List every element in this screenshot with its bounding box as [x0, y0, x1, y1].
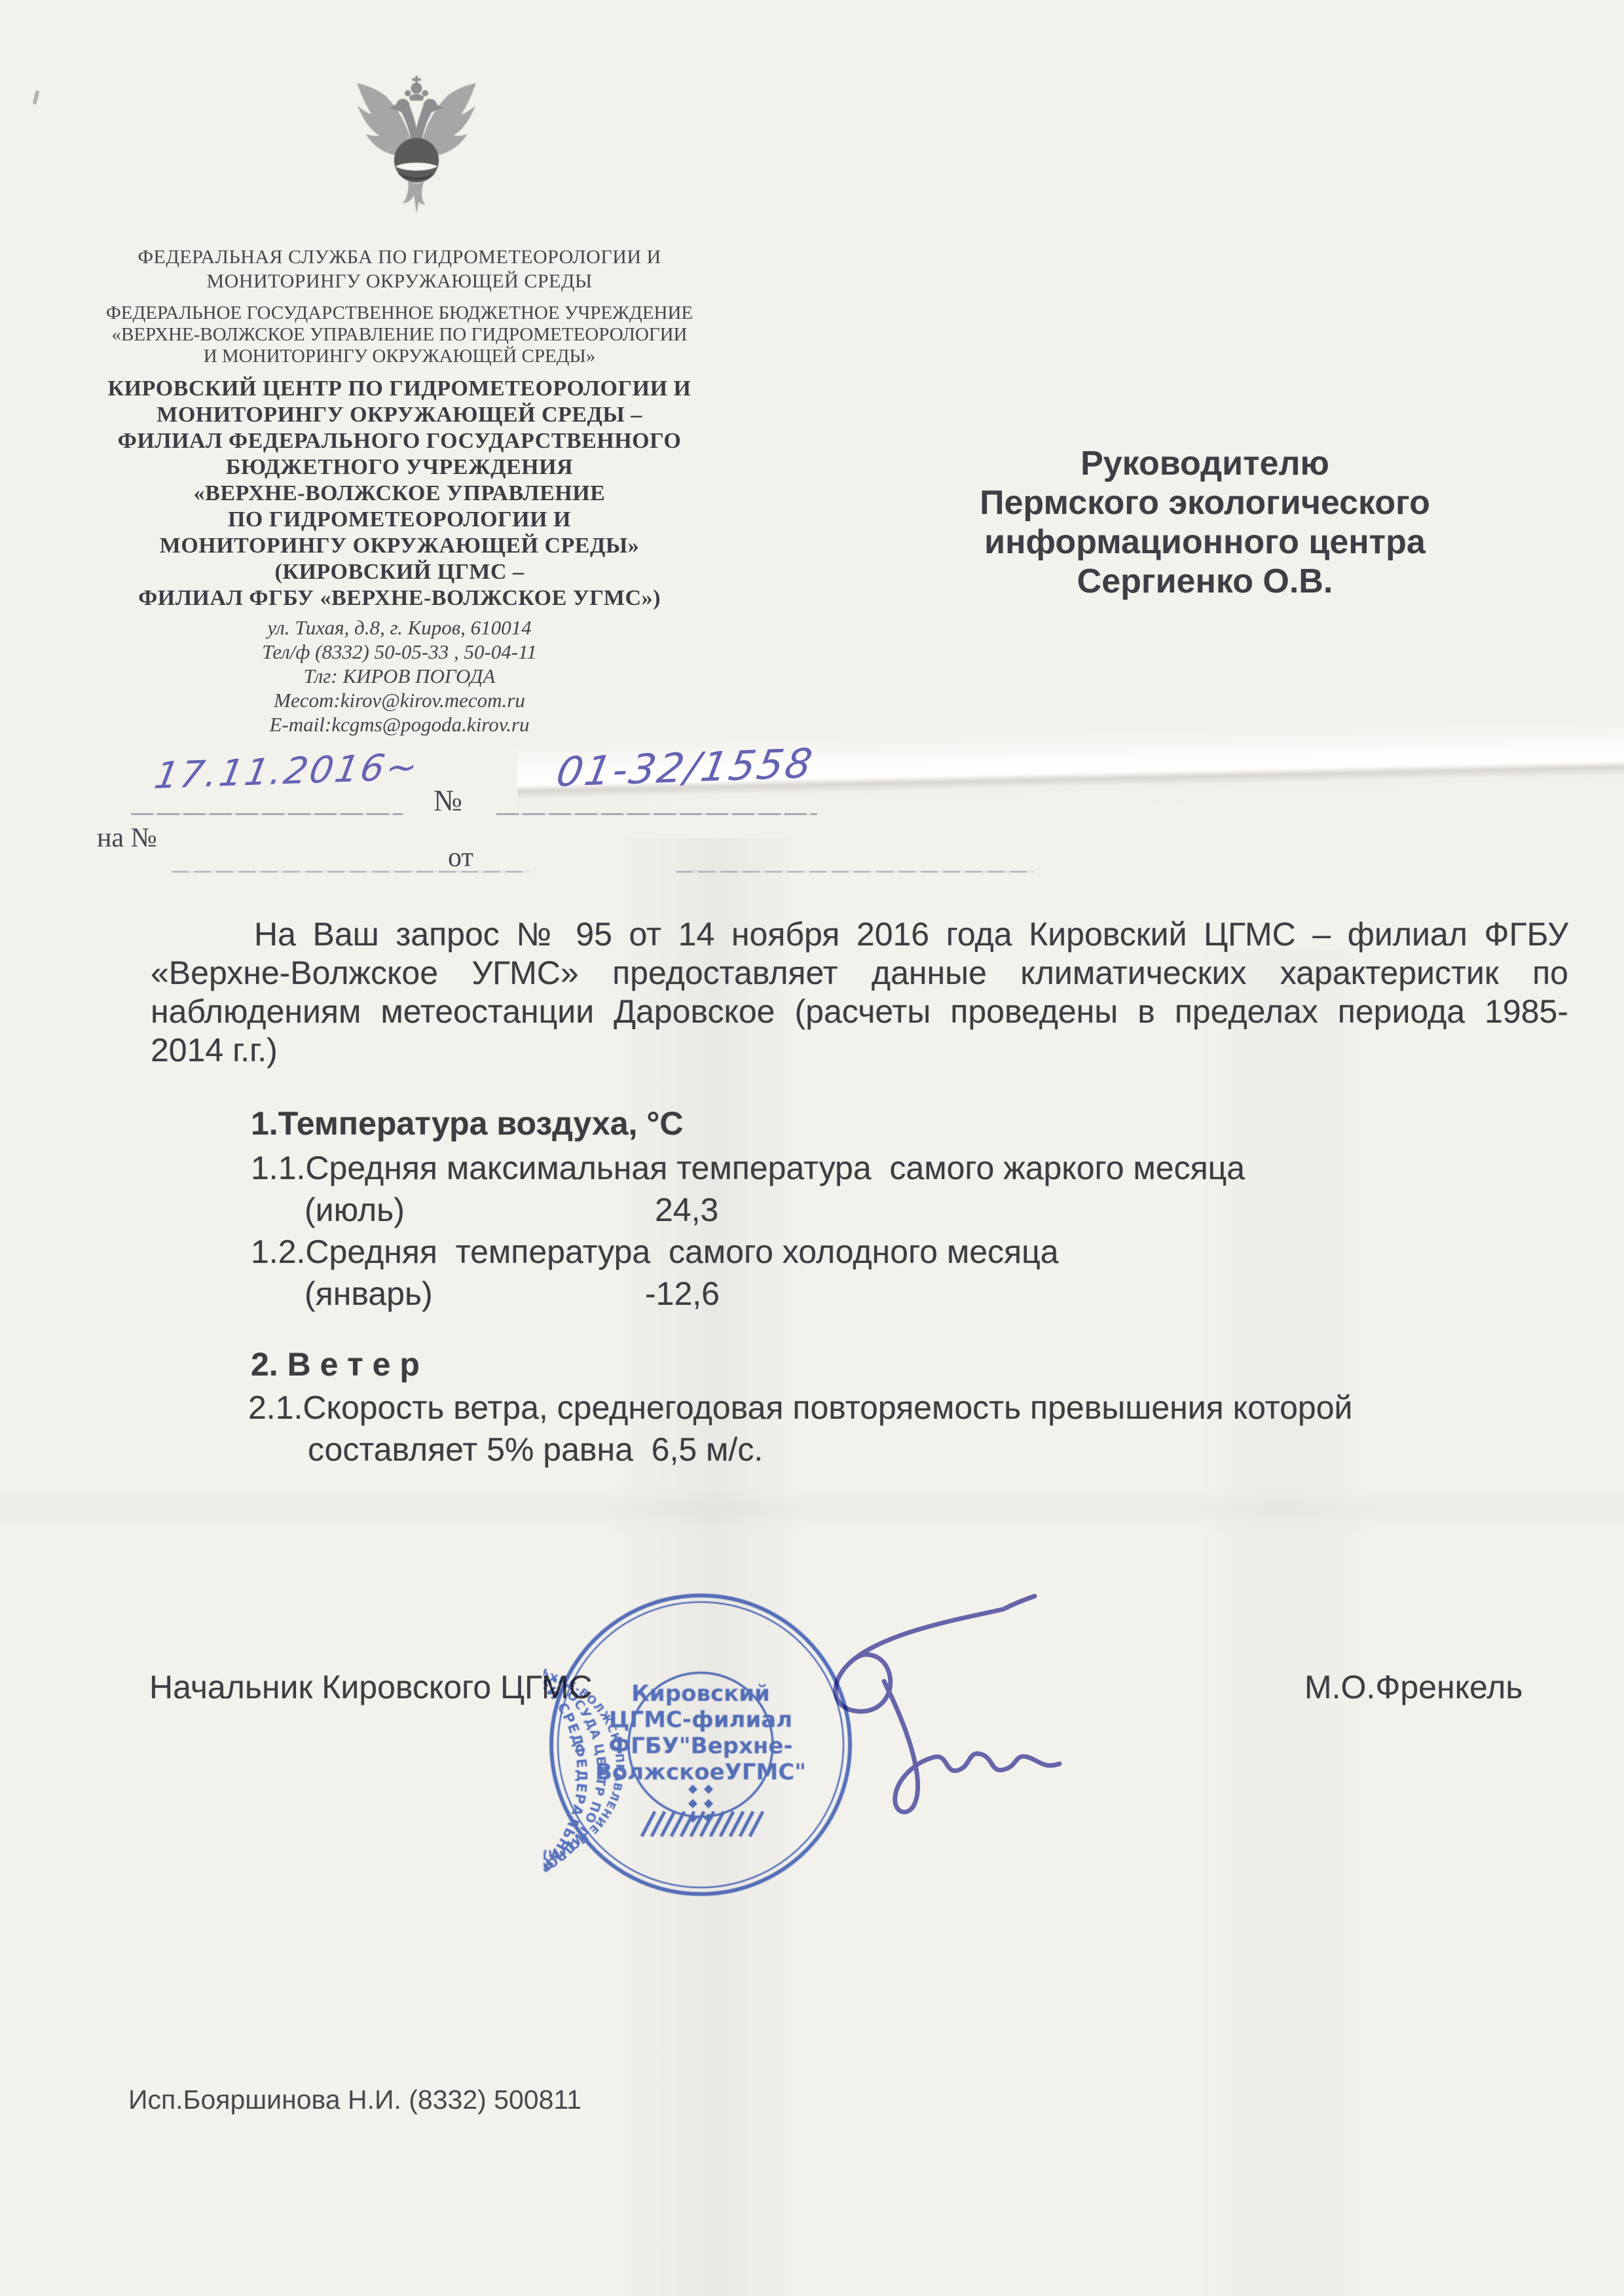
stamp-hatched-bar: [642, 1812, 763, 1836]
letterhead-line: БЮДЖЕТНОГО УЧРЕЖДЕНИЯ: [92, 454, 707, 481]
letterhead-line: МОНИТОРИНГУ ОКРУЖАЮЩЕЙ СРЕДЫ –: [92, 402, 707, 428]
letterhead-line: ФЕДЕРАЛЬНАЯ СЛУЖБА ПО ГИДРОМЕТЕОРОЛОГИИ …: [92, 245, 707, 269]
coat-of-arms-eagle-icon: [354, 73, 479, 216]
address-line: Тлг: КИРОВ ПОГОДА: [92, 664, 707, 688]
body-line: 2014 г.г.): [151, 1031, 1568, 1070]
body-line: На Ваш запрос № 95 от 14 ноября 2016 год…: [151, 915, 1568, 954]
date-underline: [131, 813, 403, 815]
letterhead-federal-service: ФЕДЕРАЛЬНАЯ СЛУЖБА ПО ГИДРОМЕТЕОРОЛОГИИ …: [92, 245, 707, 293]
number-label: №: [434, 783, 462, 818]
section-temperature-title: 1.Температура воздуха, °С: [251, 1105, 683, 1142]
executor-info: Исп.Бояршинова Н.И. (8332) 500811: [128, 2085, 581, 2115]
address-line: E-mail:kcgms@pogoda.kirov.ru: [92, 712, 707, 737]
temperature-item-max-value: 24,3: [655, 1192, 718, 1228]
letterhead-line: ПО ГИДРОМЕТЕОРОЛОГИИ И: [92, 507, 707, 533]
letterhead-line: МОНИТОРИНГУ ОКРУЖАЮЩЕЙ СРЕДЫ: [92, 269, 707, 293]
paper-fold-shadow: [0, 1486, 1624, 1532]
letterhead-line: «ВЕРХНЕ-ВОЛЖСКОЕ УПРАВЛЕНИЕ: [92, 481, 707, 507]
stamp-center-line: Кировский: [631, 1681, 770, 1707]
letterhead-line: (КИРОВСКИЙ ЦГМС –: [92, 559, 707, 585]
letterhead-line: КИРОВСКИЙ ЦЕНТР ПО ГИДРОМЕТЕОРОЛОГИИ И: [92, 376, 707, 402]
address-line: Тел/ф (8332) 50-05-33 , 50-04-11: [92, 640, 707, 664]
letterhead-line: ФЕДЕРАЛЬНОЕ ГОСУДАРСТВЕННОЕ БЮДЖЕТНОЕ УЧ…: [92, 302, 707, 324]
recipient-block: Руководителю Пермского экологического ин…: [969, 444, 1441, 601]
letterhead-line: ФИЛИАЛ ФГБУ «ВЕРХНЕ-ВОЛЖСКОЕ УГМС»): [92, 585, 707, 611]
handwritten-date: 17.11.2016~: [151, 746, 423, 797]
letterhead-organization: КИРОВСКИЙ ЦЕНТР ПО ГИДРОМЕТЕОРОЛОГИИ И М…: [92, 376, 707, 611]
recipient-line: Пермского экологического: [969, 483, 1441, 522]
temperature-item-min-month: (январь): [304, 1275, 433, 1312]
letterhead-line: ФИЛИАЛ ФЕДЕРАЛЬНОГО ГОСУДАРСТВЕННОГО: [92, 428, 707, 454]
section-wind-title: 2. В е т е р: [251, 1346, 420, 1383]
reply-to-label: на №: [97, 822, 157, 854]
temperature-item-max-month: (июль): [304, 1192, 405, 1228]
body-line: наблюдениям метеостанции Даровское (расч…: [151, 993, 1568, 1031]
recipient-line: информационного центра: [969, 522, 1441, 562]
letterhead-institution: ФЕДЕРАЛЬНОЕ ГОСУДАРСТВЕННОЕ БЮДЖЕТНОЕ УЧ…: [92, 302, 707, 367]
recipient-line: Руководителю: [969, 444, 1441, 483]
address-line: ул. Тихая, д.8, г. Киров, 610014: [92, 615, 707, 640]
letterhead-line: МОНИТОРИНГУ ОКРУЖАЮЩЕЙ СРЕДЫ»: [92, 533, 707, 559]
letterhead-line: И МОНИТОРИНГУ ОКРУЖАЮЩЕЙ СРЕДЫ»: [92, 346, 707, 367]
from-label: от: [448, 842, 473, 873]
wind-item-line2: составляет 5% равна 6,5 м/с.: [308, 1431, 763, 1468]
temperature-item-max: 1.1.Средняя максимальная температура сам…: [251, 1150, 1245, 1186]
temperature-item-min-value: -12,6: [645, 1275, 720, 1312]
body-line: «Верхне-Волжское УГМС» предоставляет дан…: [151, 954, 1568, 993]
letterhead-address: ул. Тихая, д.8, г. Киров, 610014 Тел/ф (…: [92, 615, 707, 737]
signer-position: Начальник Кировского ЦГМС: [149, 1668, 593, 1706]
recipient-line: Сергиенко О.В.: [969, 562, 1441, 601]
signer-name: М.О.Френкель: [1304, 1668, 1522, 1706]
from-underline: [676, 871, 1033, 873]
body-paragraph: На Ваш запрос № 95 от 14 ноября 2016 год…: [151, 915, 1568, 1070]
scanned-letter-page: ФЕДЕРАЛЬНАЯ СЛУЖБА ПО ГИДРОМЕТЕОРОЛОГИИ …: [0, 0, 1624, 2296]
address-line: Mecom:kirov@kirov.mecom.ru: [92, 688, 707, 712]
number-underline: [496, 813, 817, 815]
scan-speck: [32, 90, 39, 105]
letterhead-line: «ВЕРХНЕ-ВОЛЖСКОЕ УПРАВЛЕНИЕ ПО ГИДРОМЕТЕ…: [92, 324, 707, 346]
wind-item-line1: 2.1.Скорость ветра, среднегодовая повтор…: [248, 1389, 1352, 1426]
reply-underline: [172, 871, 528, 873]
temperature-item-min: 1.2.Средняя температура самого холодного…: [251, 1233, 1059, 1270]
pen-signature: [753, 1584, 1120, 1833]
handwritten-number: 01-32/1558: [553, 739, 817, 796]
